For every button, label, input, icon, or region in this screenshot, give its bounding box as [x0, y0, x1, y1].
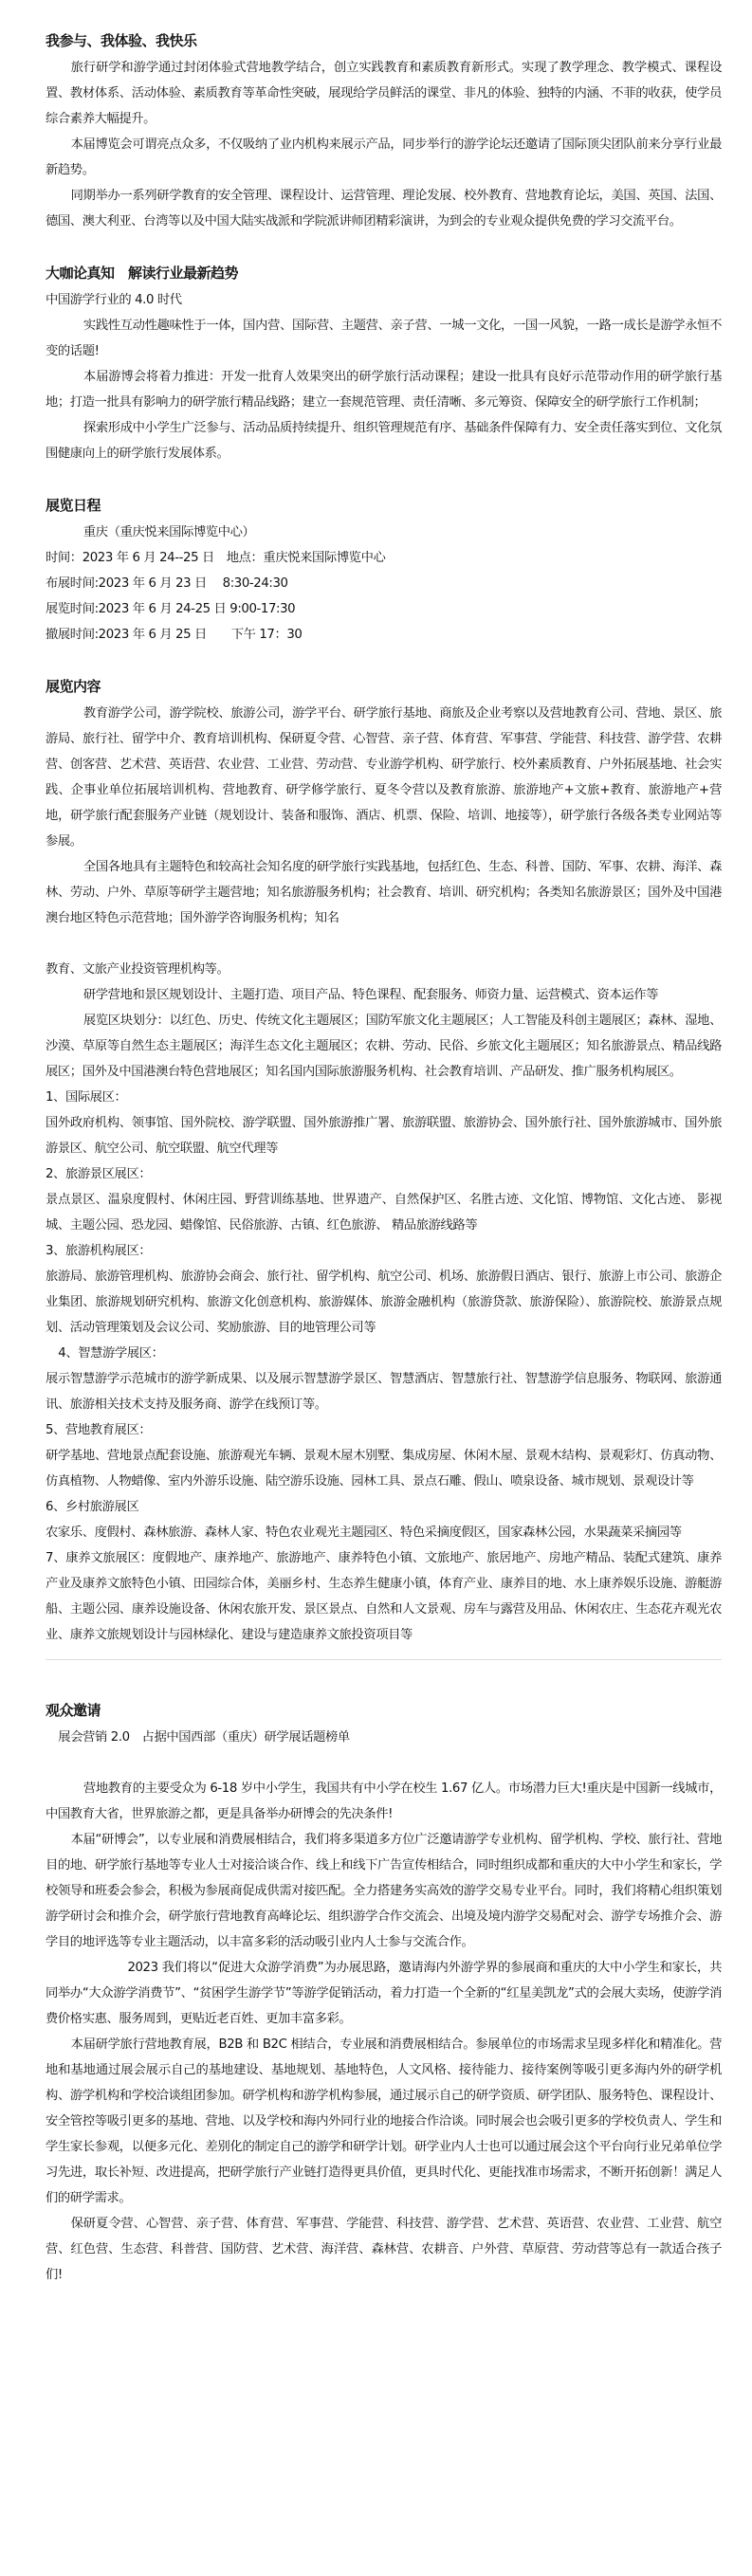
- section-subtitle: 展会营销 2.0 占据中国西部（重庆）研学展话题榜单: [46, 1725, 722, 1750]
- paragraph: 本届游博会将着力推进：开发一批育人效果突出的研学旅行活动课程；建设一批具有良好示…: [46, 364, 722, 415]
- schedule-line-setup: 布展时间:2023 年 6 月 23 日 8:30-24:30: [46, 571, 722, 596]
- section-exhibits: 展览内容 教育游学公司，游学院校、旅游公司，游学平台、研学旅行基地、商旅及企业考…: [46, 676, 722, 1648]
- paragraph: 探索形成中小学生广泛参与、活动品质持续提升、组织管理规范有序、基础条件保障有力、…: [46, 415, 722, 466]
- paragraph: 教育、文旅产业投资管理机构等。: [46, 957, 722, 982]
- zone-body: 景点景区、温泉度假村、休闲庄园、野营训练基地、世界遗产、自然保护区、名胜古迹、文…: [46, 1187, 722, 1238]
- zone-title: 4、智慧游学展区：: [46, 1341, 722, 1366]
- section-schedule: 展览日程 重庆（重庆悦来国际博览中心） 时间：2023 年 6 月 24--25…: [46, 495, 722, 648]
- zone-title: 2、旅游景区展区：: [46, 1161, 722, 1187]
- venue-city: 重庆（重庆悦来国际博览中心）: [46, 520, 722, 545]
- schedule-line-time-location: 时间：2023 年 6 月 24--25 日 地点：重庆悦来国际博览中心: [46, 545, 722, 571]
- paragraph: 本届“研博会”，以专业展和消费展相结合，我们将多渠道多方位广泛邀请游学专业机构、…: [46, 1827, 722, 1955]
- zone-body: 研学基地、营地景点配套设施、旅游观光车辆、景观木屋木别墅、集成房屋、休闲木屋、景…: [46, 1443, 722, 1494]
- zone-body: 国外政府机构、领事馆、国外院校、游学联盟、国外旅游推广署、旅游联盟、旅游协会、国…: [46, 1110, 722, 1161]
- section-trends: 大咖论真知 解读行业最新趋势 中国游学行业的 4.0 时代 实践性互动性趣味性于…: [46, 263, 722, 466]
- section-heading: 展览日程: [46, 495, 722, 516]
- divider: [46, 1659, 722, 1660]
- document-page: 我参与、我体验、我快乐 旅行研学和游学通过封闭体验式营地教学结合，创立实践教育和…: [0, 0, 752, 2326]
- schedule-line-teardown: 撤展时间:2023 年 6 月 25 日 下午 17：30: [46, 622, 722, 648]
- section-subtitle: 中国游学行业的 4.0 时代: [46, 287, 722, 313]
- paragraph: 本届研学旅行营地教育展，B2B 和 B2C 相结合，专业展和消费展相结合。参展单…: [46, 2032, 722, 2211]
- paragraph: 2023 我们将以“促进大众游学消费”为办展思路，邀请海内外游学界的参展商和重庆…: [46, 1955, 722, 2032]
- blank-line: [46, 1750, 722, 1776]
- zone-title: 5、营地教育展区：: [46, 1417, 722, 1443]
- zone-7: 7、康养文旅展区：度假地产、康养地产、旅游地产、康养特色小镇、文旅地产、旅居地产…: [46, 1545, 722, 1648]
- zone-body: 展示智慧游学示范城市的游学新成果、以及展示智慧游学景区、智慧酒店、智慧旅行社、智…: [46, 1366, 722, 1417]
- zone-title: 6、乡村旅游展区: [46, 1494, 722, 1520]
- paragraph: 旅行研学和游学通过封闭体验式营地教学结合，创立实践教育和素质教育新形式。实现了教…: [46, 55, 722, 132]
- section-heading: 观众邀请: [46, 1700, 722, 1721]
- zone-body: 旅游局、旅游管理机构、旅游协会商会、旅行社、留学机构、航空公司、机场、旅游假日酒…: [46, 1264, 722, 1341]
- paragraph: 保研夏令营、心智营、亲子营、体育营、军事营、学能营、科技营、游学营、艺术营、英语…: [46, 2211, 722, 2288]
- paragraph: 实践性互动性趣味性于一体，国内营、国际营、主题营、亲子营、一城一文化，一国一风貌…: [46, 313, 722, 364]
- paragraph: 本届博览会可谓亮点众多，不仅吸纳了业内机构来展示产品，同步举行的游学论坛还邀请了…: [46, 132, 722, 183]
- section-heading: 大咖论真知 解读行业最新趋势: [46, 263, 722, 283]
- paragraph: 研学营地和景区规划设计、主题打造、项目产品、特色课程、配套服务、师资力量、运营模…: [46, 982, 722, 1008]
- zone-title: 3、旅游机构展区：: [46, 1238, 722, 1264]
- paragraph: 营地教育的主要受众为 6-18 岁中小学生，我国共有中小学在校生 1.67 亿人…: [46, 1776, 722, 1827]
- paragraph: 展览区块划分：以红色、历史、传统文化主题展区；国防军旅文化主题展区；人工智能及科…: [46, 1008, 722, 1085]
- paragraph: 教育游学公司，游学院校、旅游公司，游学平台、研学旅行基地、商旅及企业考察以及营地…: [46, 701, 722, 854]
- schedule-line-exhibition: 展览时间:2023 年 6 月 24-25 日 9:00-17:30: [46, 596, 722, 622]
- paragraph: 全国各地具有主题特色和较高社会知名度的研学旅行实践基地，包括红色、生态、科普、国…: [46, 854, 722, 931]
- section-heading: 展览内容: [46, 676, 722, 697]
- zone-title: 1、国际展区：: [46, 1085, 722, 1110]
- blank-line: [46, 931, 722, 957]
- zone-body: 农家乐、度假村、森林旅游、森林人家、特色农业观光主题园区、特色采摘度假区，国家森…: [46, 1520, 722, 1545]
- section-participate: 我参与、我体验、我快乐 旅行研学和游学通过封闭体验式营地教学结合，创立实践教育和…: [46, 30, 722, 234]
- section-audience-invitation: 观众邀请 展会营销 2.0 占据中国西部（重庆）研学展话题榜单 营地教育的主要受…: [46, 1700, 722, 2288]
- section-heading: 我参与、我体验、我快乐: [46, 30, 722, 51]
- paragraph: 同期举办一系列研学教育的安全管理、课程设计、运营管理、理论发展、校外教育、营地教…: [46, 183, 722, 234]
